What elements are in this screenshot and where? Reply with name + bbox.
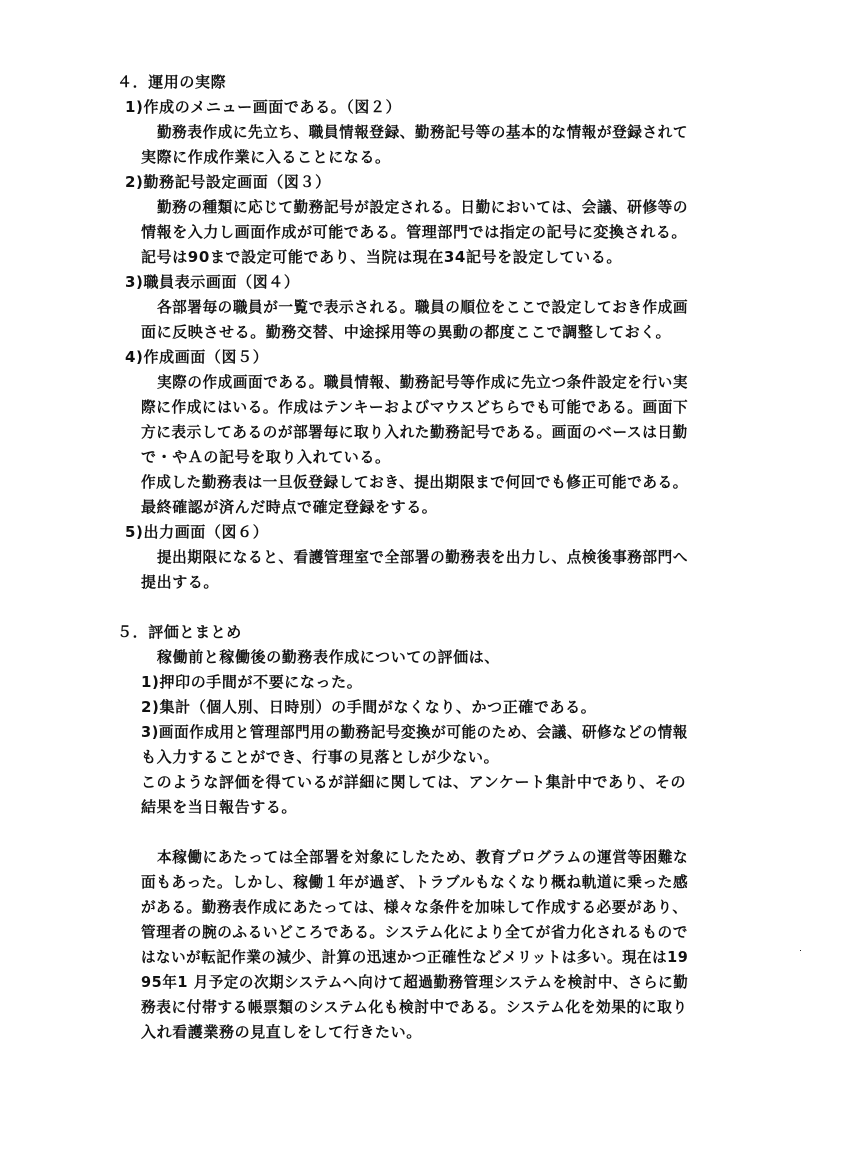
paragraph-line: このような評価を得ているが詳細に関しては、アンケート集計中であり、その (141, 772, 686, 792)
evaluation-point: 2)集計（個人別、日時別）の手間がなくなり、かつ正確である。 (141, 697, 596, 717)
paragraph-line: 作成した勤務表は一旦仮登録しておき、提出期限まで何回でも修正可能である。 (141, 472, 688, 492)
paragraph-line: 提出期限になると、看護管理室で全部署の勤務表を出力し、点検後事務部門へ (157, 547, 688, 567)
subsection-title-menu-screen: 1)作成のメニュー画面である。（図２） (125, 97, 401, 117)
subsection-title-output-screen: 5)出力画面（図６） (125, 522, 268, 542)
paragraph-line: 際に作成にはいる。作成はテンキーおよびマウスどちらでも可能である。画面下 (141, 397, 688, 417)
paragraph-line: で・やＡの記号を取り入れている。 (141, 447, 391, 467)
subsection-title-creation-screen: 4)作成画面（図５） (125, 347, 268, 367)
paragraph-line: 結果を当日報告する。 (141, 797, 297, 817)
paragraph-line: 実際の作成画面である。職員情報、勤務記号等作成に先立つ条件設定を行い実 (157, 372, 688, 392)
paragraph-line: 方に表示してあるのが部署毎に取り入れた勤務記号である。画面のベースは日勤 (141, 422, 688, 442)
document-page: ４．運用の実際 1)作成のメニュー画面である。（図２） 勤務表作成に先立ち、職員… (0, 0, 852, 1172)
section-heading-evaluation: ５．評価とまとめ (117, 622, 242, 642)
paragraph-line: 面もあった。しかし、稼働１年が過ぎ、トラブルもなくなり概ね軌道に乗った感 (141, 872, 688, 892)
paragraph-line: 勤務表作成に先立ち、職員情報登録、勤務記号等の基本的な情報が登録されて (157, 122, 688, 142)
evaluation-point: 1)押印の手間が不要になった。 (141, 672, 362, 692)
paragraph-line: 面に反映させる。勤務交替、中途採用等の異動の都度ここで調整しておく。 (141, 322, 671, 342)
scan-artifact (800, 950, 801, 951)
paragraph-line: 各部署毎の職員が一覧で表示される。職員の順位をここで設定しておき作成画 (157, 297, 688, 317)
paragraph-line: も入力することができ、行事の見落としが少ない。 (141, 747, 499, 767)
paragraph-line: 稼働前と稼働後の勤務表作成についての評価は、 (157, 647, 500, 667)
paragraph-line: がある。勤務表作成にあたっては、様々な条件を加味して作成する必要があり、 (141, 897, 688, 917)
paragraph-line: 本稼働にあたっては全部署を対象にしたため、教育プログラムの運営等困難な (157, 847, 688, 867)
paragraph-line: 95年1 月予定の次期システムへ向けて超過勤務管理システムを検討中、さらに勤 (141, 972, 688, 992)
paragraph-line: 最終確認が済んだ時点で確定登録をする。 (141, 497, 437, 517)
subsection-title-symbol-settings: 2)勤務記号設定画面（図３） (125, 172, 331, 192)
paragraph-line: 管理者の腕のふるいどころである。システム化により全てが省力化されるもので (141, 922, 688, 942)
evaluation-point: 3)画面作成用と管理部門用の勤務記号変換が可能のため、会議、研修などの情報 (141, 722, 688, 742)
paragraph-line: 入れ看護業務の見直しをして行きたい。 (141, 1022, 422, 1042)
paragraph-line: 記号は90まで設定可能であり、当院は現在34記号を設定している。 (141, 247, 622, 267)
paragraph-line: はないが転記作業の減少、計算の迅速かつ正確性などメリットは多い。現在は19 (141, 947, 688, 967)
section-heading-operation: ４．運用の実際 (117, 72, 226, 92)
paragraph-line: 務表に付帯する帳票類のシステム化も検討中である。システム化を効果的に取り (141, 997, 688, 1017)
paragraph-line: 勤務の種類に応じて勤務記号が設定される。日勤においては、会議、研修等の (157, 197, 688, 217)
paragraph-line: 情報を入力し画面作成が可能である。管理部門では指定の記号に変換される。 (141, 222, 687, 242)
paragraph-line: 実際に作成作業に入ることになる。 (141, 147, 391, 167)
paragraph-line: 提出する。 (141, 572, 219, 592)
subsection-title-staff-display: 3)職員表示画面（図４） (125, 272, 300, 292)
